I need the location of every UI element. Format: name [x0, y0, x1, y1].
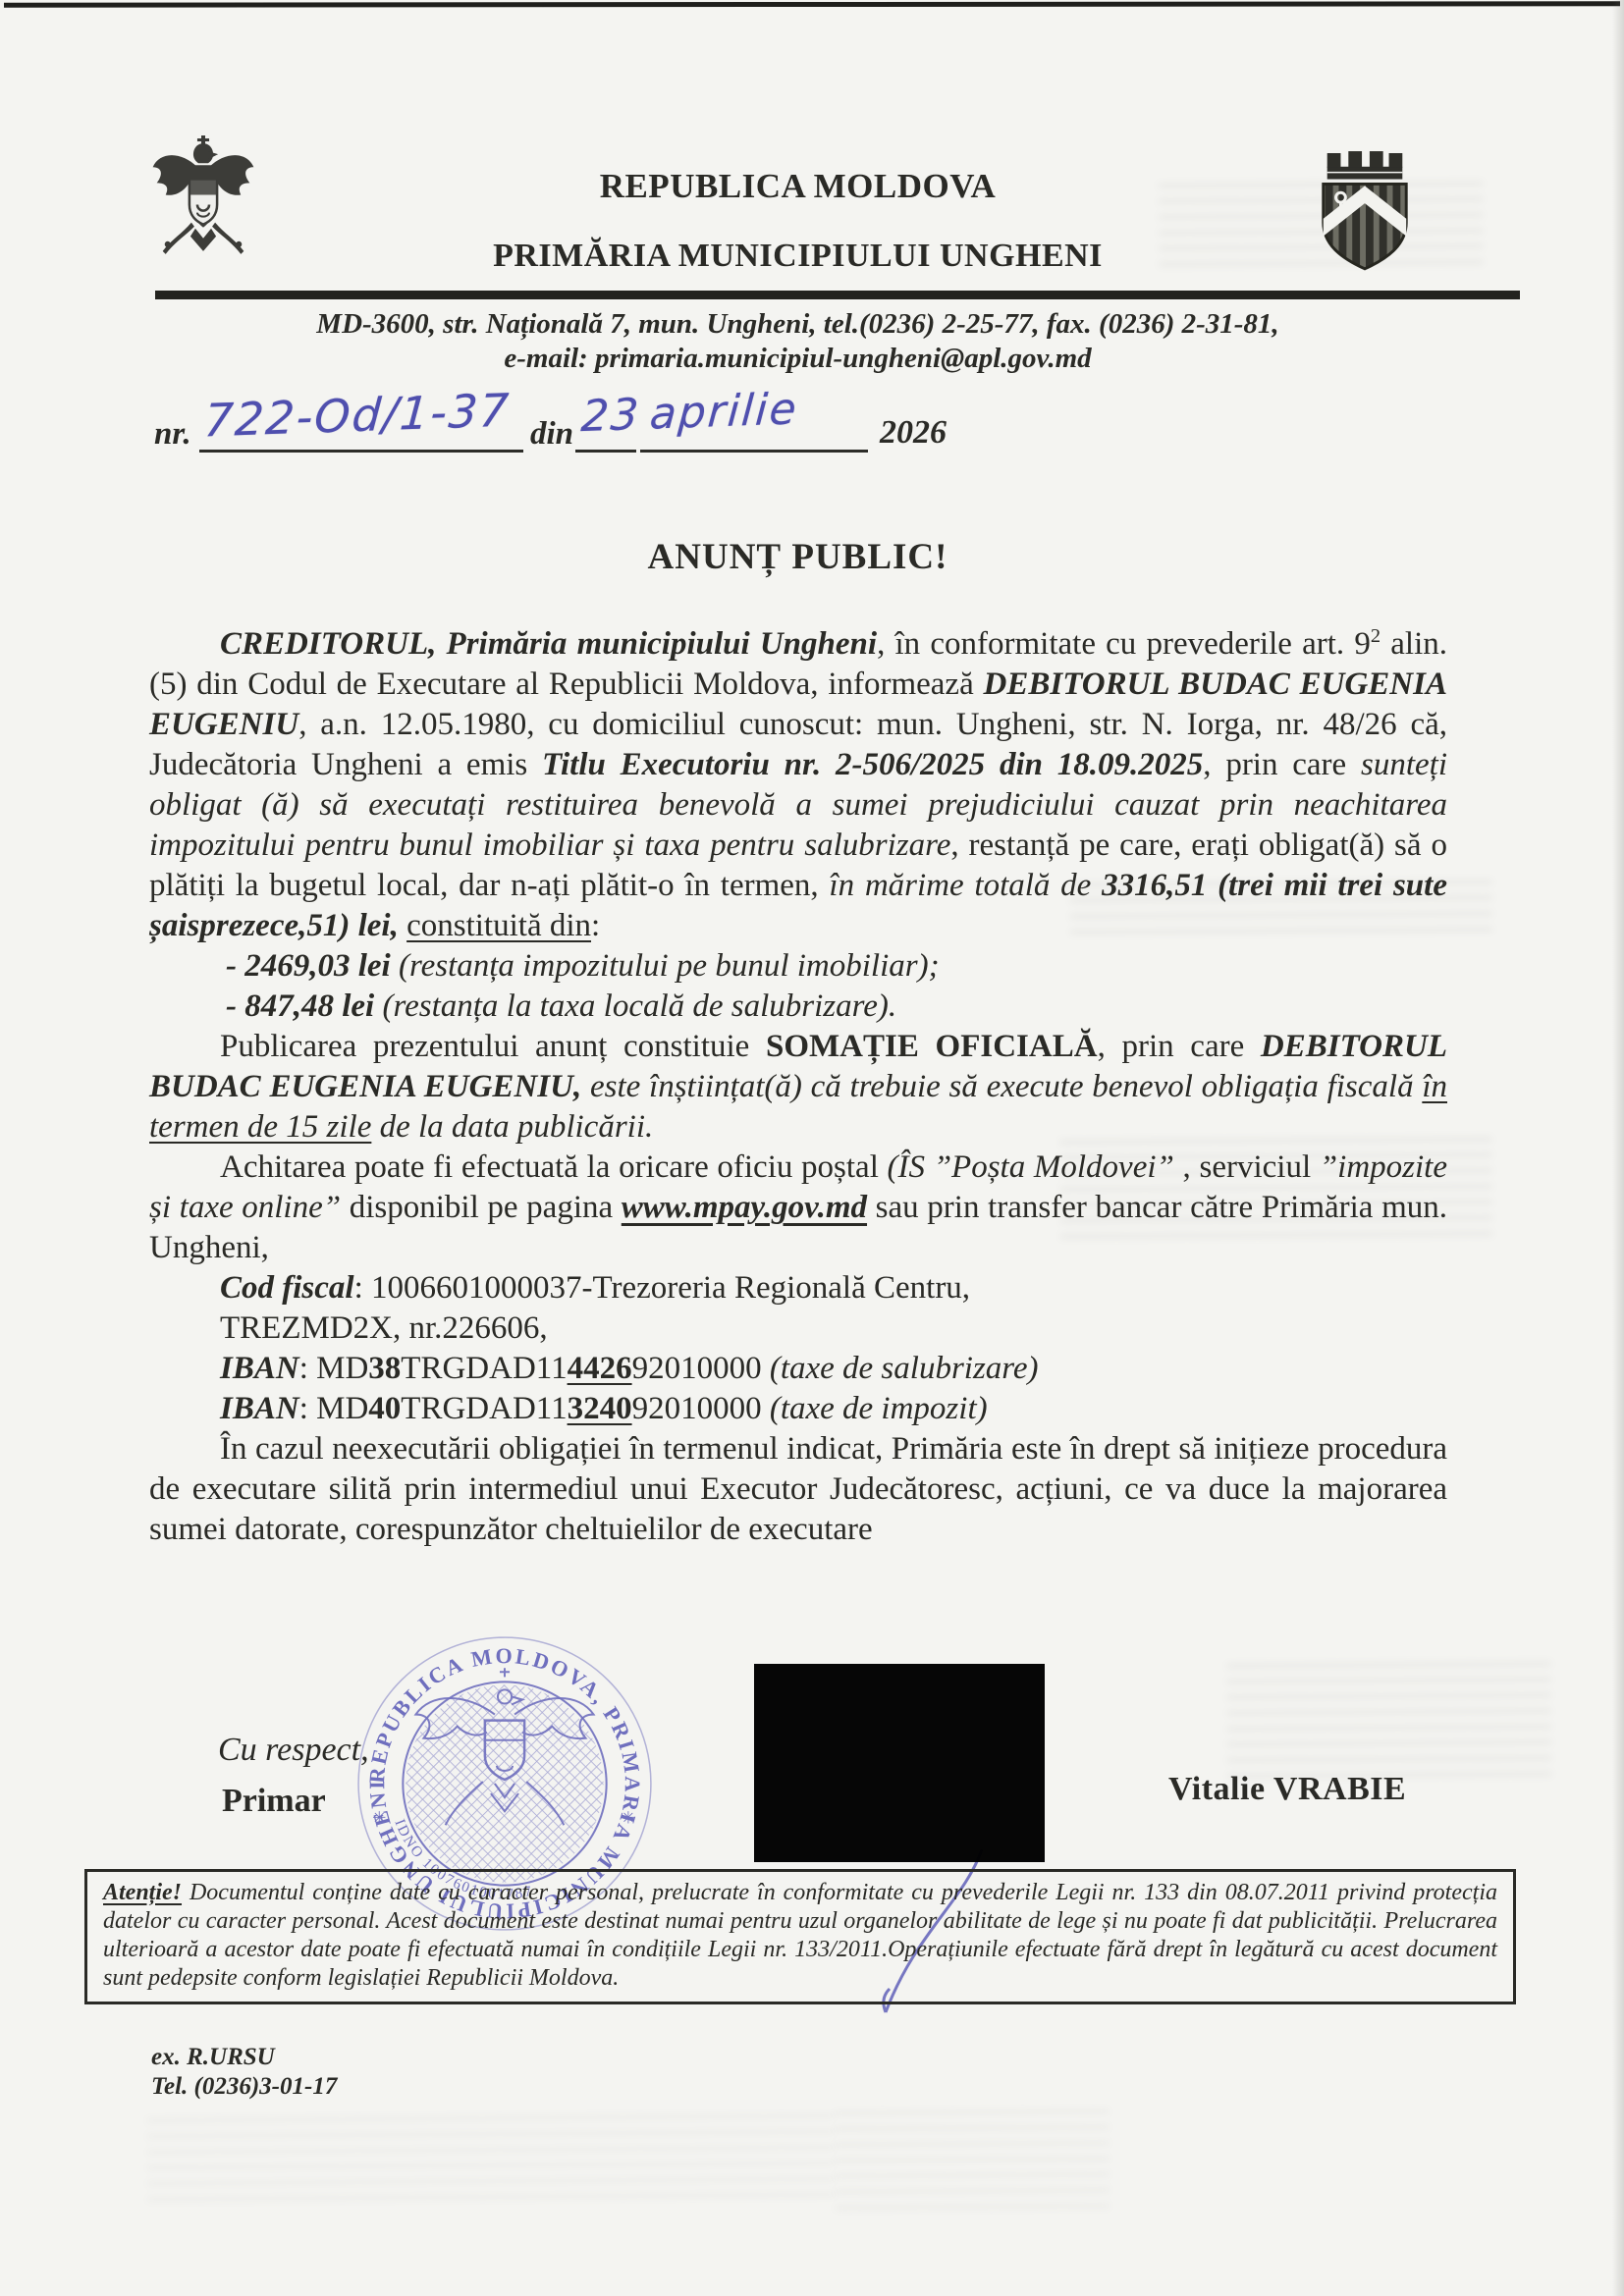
official-summons-label: SOMAȚIE OFICIALĂ — [766, 1029, 1098, 1064]
ref-day-underline — [575, 450, 636, 453]
superscript: 2 — [1371, 625, 1380, 647]
ref-number-underline — [199, 450, 523, 453]
bleedthrough-artifact — [1227, 1658, 1552, 1778]
bleedthrough-artifact — [147, 2109, 836, 2202]
debt-item-property-tax: - 2469,03 lei (restanța impozitului pe b… — [149, 946, 1447, 987]
executor-phone: Tel. (0236)3-01-17 — [151, 2073, 337, 2101]
ref-day-handwritten: 23 — [579, 390, 642, 442]
bleedthrough-artifact — [835, 2109, 1110, 2210]
paragraph-enforcement: În cazul neexecutării obligației în term… — [149, 1429, 1447, 1550]
ref-number-handwritten: 722-Od/1-37 — [202, 383, 512, 447]
executory-title: Titlu Executoriu nr. 2-506/2025 din 18.0… — [542, 747, 1203, 782]
ref-number-label: nr. — [154, 416, 191, 453]
ref-year: 2026 — [880, 414, 947, 452]
treasury-line: TREZMD2X, nr.226606, — [149, 1308, 1447, 1349]
paragraph-creditor: CREDITORUL, Primăria municipiului Unghen… — [149, 616, 1447, 946]
stamp-star-left: ✳ — [372, 1808, 386, 1827]
stamp-star-right: ✳ — [622, 1808, 635, 1827]
iban-sanitation-line: IBAN: MD38TRGDAD11442692010000 (taxe de … — [149, 1349, 1447, 1389]
paragraph-payment: Achitarea poate fi efectuată la oricare … — [149, 1148, 1447, 1268]
document-body: CREDITORUL, Primăria municipiului Unghen… — [149, 616, 1447, 1550]
creditor-name: CREDITORUL, Primăria municipiului Unghen… — [220, 626, 877, 662]
signature-redaction-block — [754, 1664, 1045, 1862]
debt-item-sanitation-tax: - 847,48 lei (restanța la taxa locală de… — [149, 987, 1447, 1027]
mpay-url: www.mpay.gov.md — [622, 1190, 867, 1225]
ref-month-handwritten: aprilie — [648, 384, 799, 439]
iban-tax-line: IBAN: MD40TRGDAD11324092010000 (taxe de … — [149, 1389, 1447, 1429]
header-address: MD-3600, str. Națională 7, mun. Ungheni,… — [0, 308, 1596, 341]
mayor-name: Vitalie VRABIE — [1168, 1771, 1406, 1808]
fiscal-code-line: Cod fiscal: 1006601000037-Trezoreria Reg… — [149, 1268, 1447, 1308]
ungheni-crest-icon — [1312, 143, 1418, 271]
debt-amount: - 2469,03 lei — [226, 948, 399, 984]
scan-edge-artifact — [4, 1, 1620, 7]
ref-month-underline — [640, 450, 868, 453]
document-title: ANUNȚ PUBLIC! — [0, 536, 1596, 578]
executor-reference: ex. R.URSU — [151, 2044, 275, 2071]
privacy-notice-box: Atenție! Documentul conține date cu cara… — [84, 1869, 1516, 2004]
paragraph-summons: Publicarea prezentului anunț constituie … — [149, 1027, 1447, 1148]
header-email: e-mail: primaria.municipiul-ungheni@apl.… — [0, 343, 1596, 375]
signature-role: Primar — [222, 1783, 326, 1820]
notice-text: Documentul conține date cu caracter pers… — [103, 1880, 1497, 1991]
scanned-document-page: REPUBLICA MOLDOVA PRIMĂRIA MUNICIPIULUI … — [0, 0, 1624, 2296]
notice-lead: Atenție! — [103, 1880, 182, 1905]
scan-edge-shadow — [1612, 0, 1624, 2296]
header-divider — [155, 291, 1520, 299]
debt-amount: - 847,48 lei — [226, 988, 382, 1024]
ref-date-label: din — [530, 416, 573, 453]
